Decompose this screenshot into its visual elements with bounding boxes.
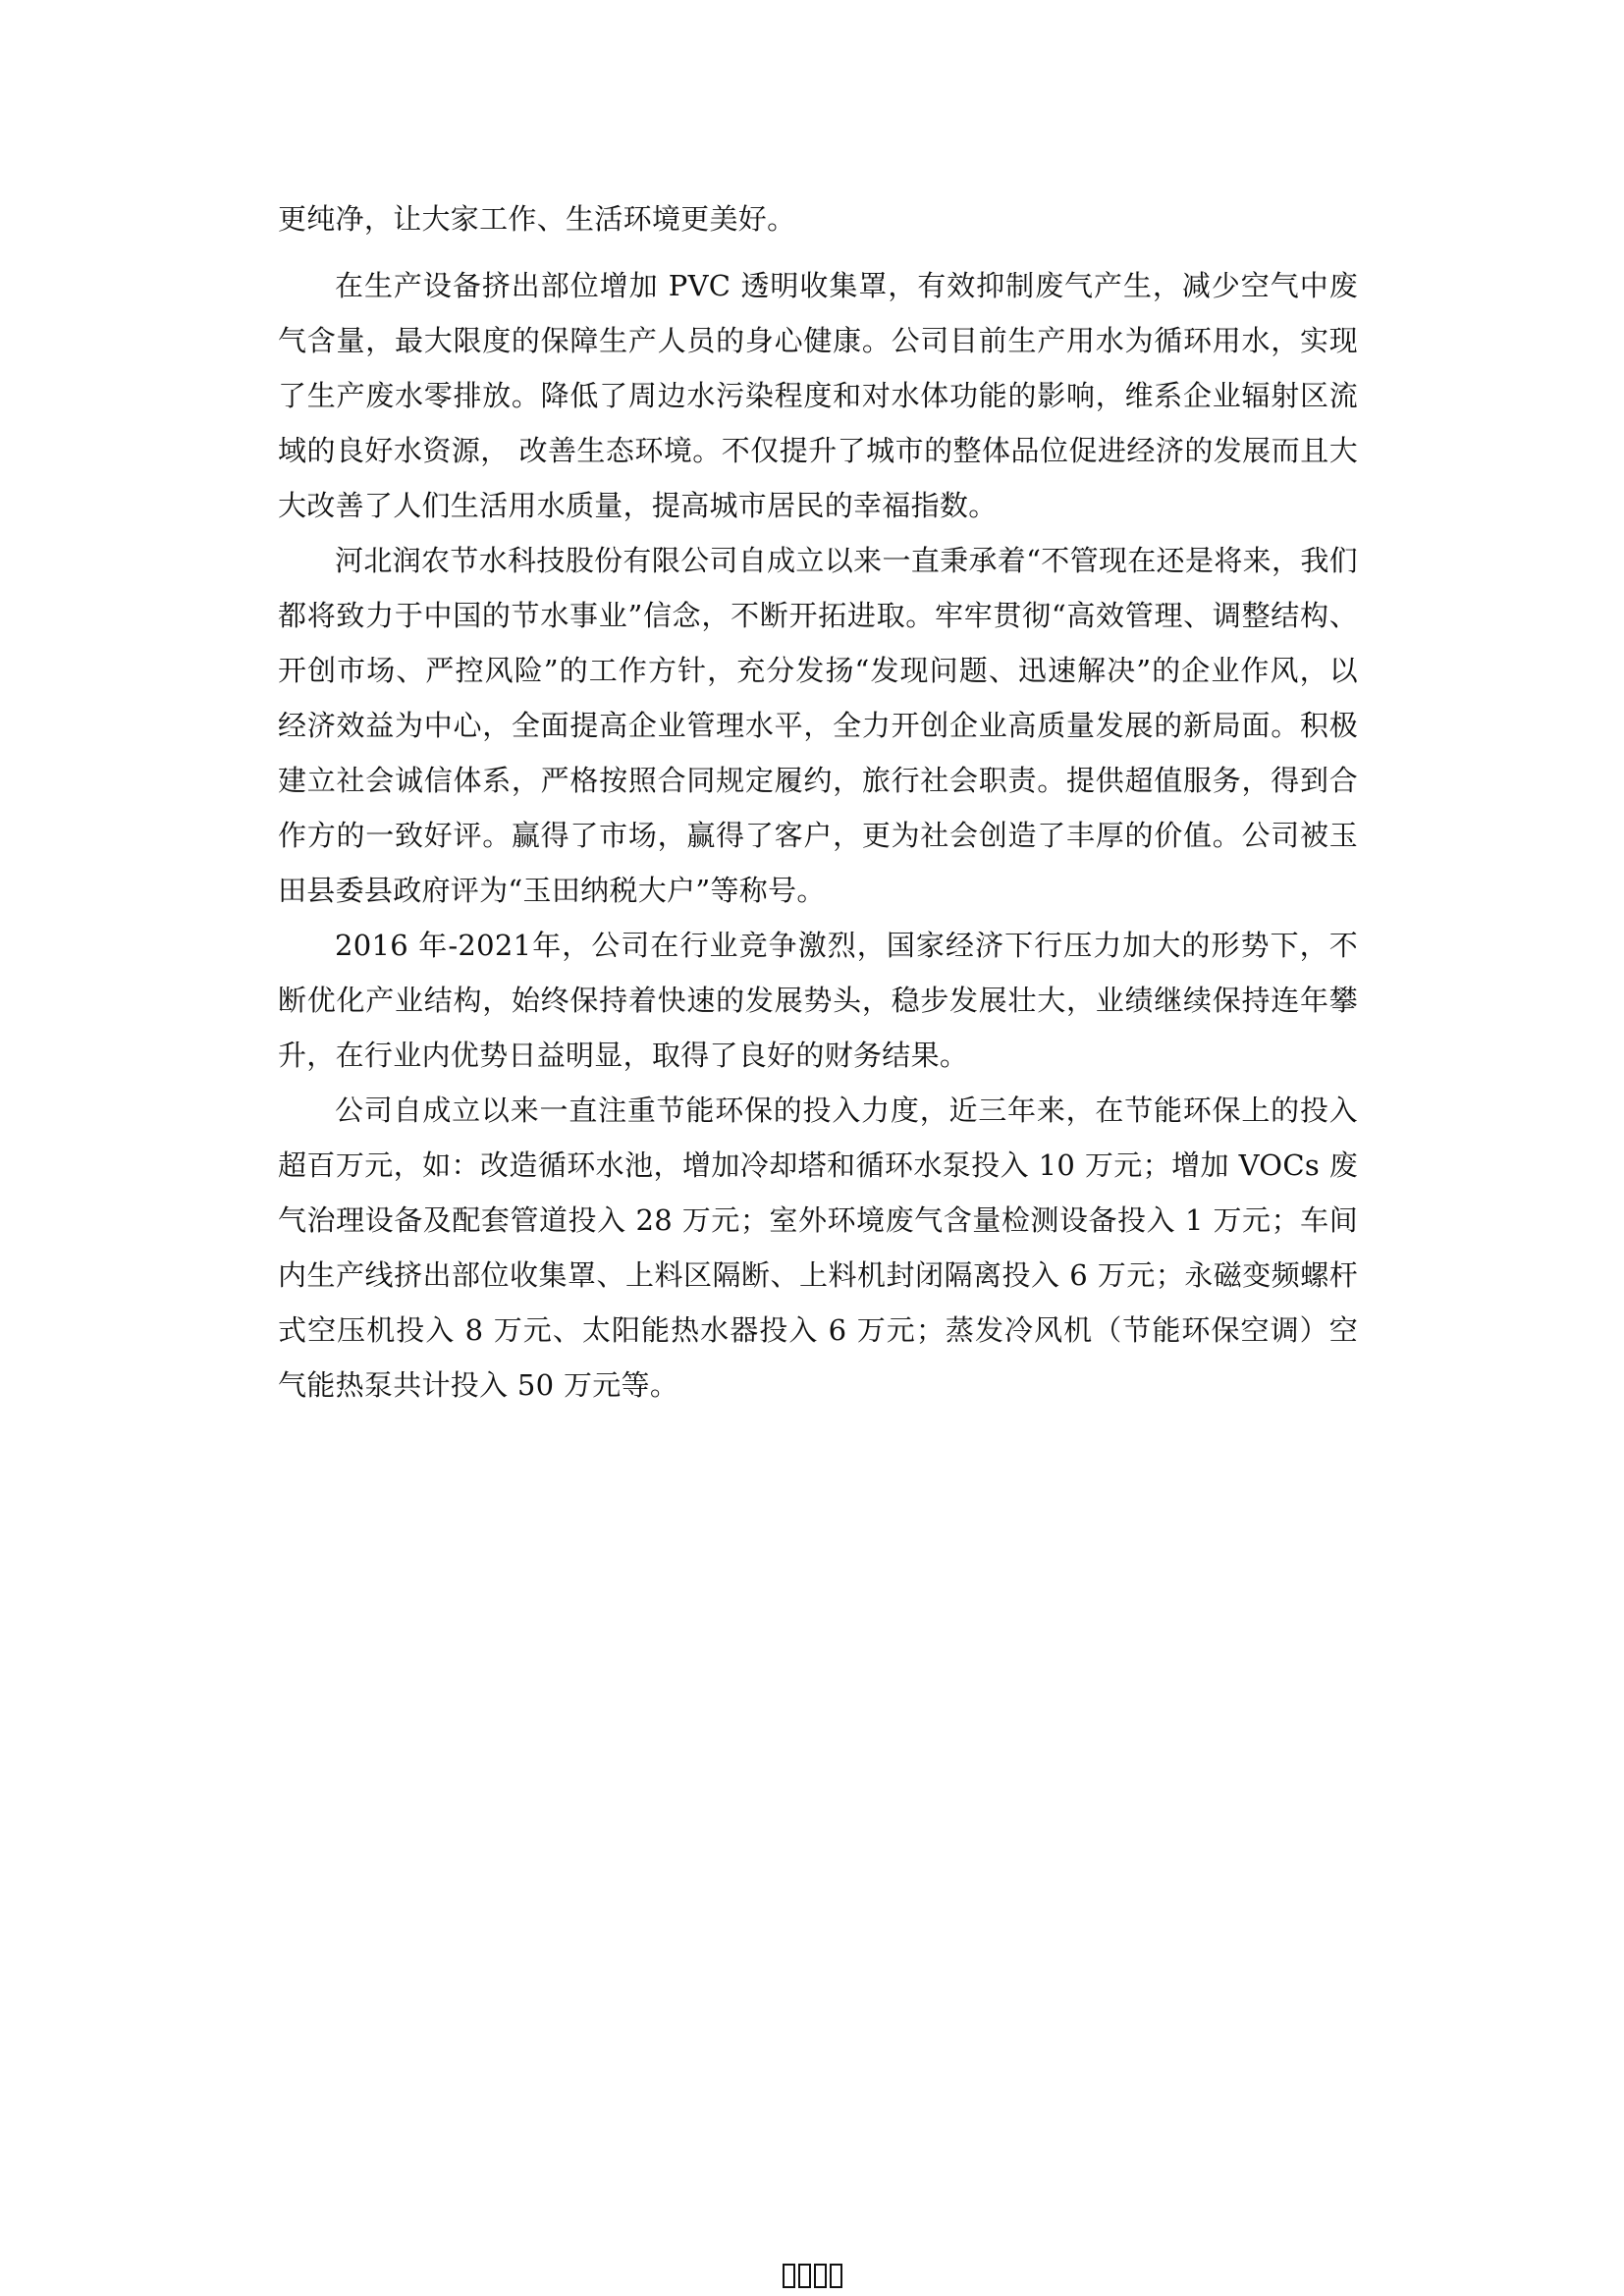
missing-glyph-icon (798, 2264, 811, 2288)
page-footer (0, 2258, 1624, 2291)
document-page: 更纯净，让大家工作、生活环境更美好。 在生产设备挤出部位增加 PVC 透明收集罩… (278, 191, 1358, 1413)
paragraph-exhaust-and-water: 在生产设备挤出部位增加 PVC 透明收集罩，有效抑制废气产生，减少空气中废气含量… (278, 258, 1358, 533)
paragraph-company-philosophy: 河北润农节水科技股份有限公司自成立以来一直秉承着“不管现在还是将来，我们都将致力… (278, 533, 1358, 918)
paragraph-performance-2016-2021: 2016 年-2021年，公司在行业竞争激烈，国家经济下行压力加大的形势下，不断… (278, 918, 1358, 1083)
missing-glyph-icon (814, 2264, 827, 2288)
page-number-missing-glyphs (781, 2260, 843, 2289)
missing-glyph-icon (783, 2264, 795, 2288)
paragraph-continuation: 更纯净，让大家工作、生活环境更美好。 (278, 191, 1358, 246)
paragraph-energy-investment: 公司自成立以来一直注重节能环保的投入力度，近三年来，在节能环保上的投入超百万元，… (278, 1083, 1358, 1413)
missing-glyph-icon (830, 2264, 842, 2288)
